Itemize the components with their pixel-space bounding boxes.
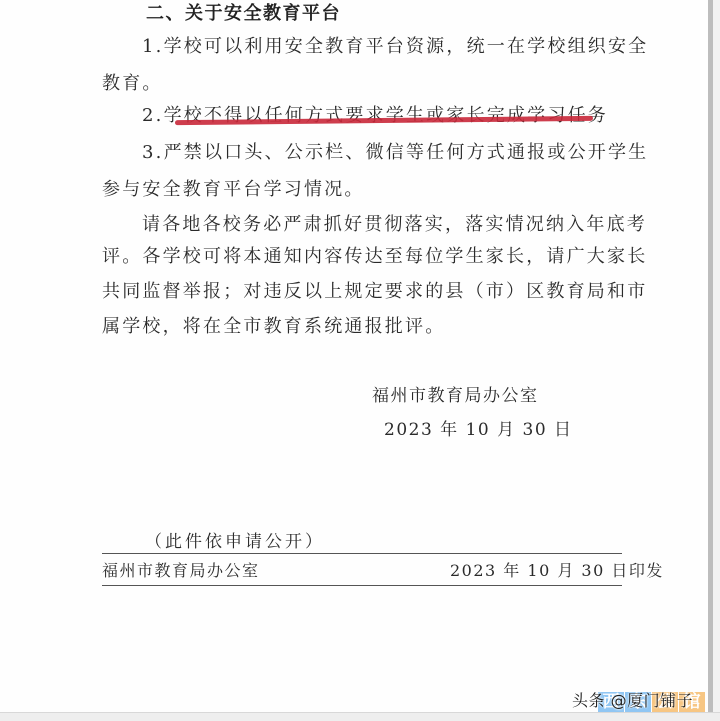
closing-paragraph-line-4: 属学校，将在全市教育系统通报批评。 [102,315,445,339]
closing-paragraph-line-3: 共同监督举报；对违反以上规定要求的县（市）区教育局和市 [102,280,647,304]
footer-print-date: 2023 年 10 月 30 日印发 [450,559,664,583]
footer-top-rule [102,553,622,554]
public-note: （此件依申请公开） [145,530,325,554]
watermark-text: 头条 @厦门铺子 [572,688,693,711]
document-page: 二、关于安全教育平台 1.学校可以利用安全教育平台资源，统一在学校组织安全 教育… [0,0,708,712]
item-1-line-2: 教育。 [102,72,163,96]
signature-date: 2023 年 10 月 30 日 [384,418,573,442]
signature-organization: 福州市教育局办公室 [372,384,539,408]
item-3-line-2: 参与安全教育平台学习情况。 [102,178,365,202]
item-3-line-1: 3.严禁以口头、公示栏、微信等任何方式通报或公开学生 [142,141,648,165]
footer-bottom-rule [102,585,622,586]
item-1-line-1: 1.学校可以利用安全教育平台资源，统一在学校组织安全 [142,35,648,59]
closing-paragraph-line-2: 评。各学校可将本通知内容传达至每位学生家长，请广大家长 [102,245,647,269]
right-margin [713,0,720,721]
bottom-margin [0,712,720,721]
closing-paragraph-line-1: 请各地各校务必严肃抓好贯彻落实，落实情况纳入年底考 [142,213,647,237]
section-heading: 二、关于安全教育平台 [146,2,341,26]
footer-organization: 福州市教育局办公室 [102,559,260,583]
